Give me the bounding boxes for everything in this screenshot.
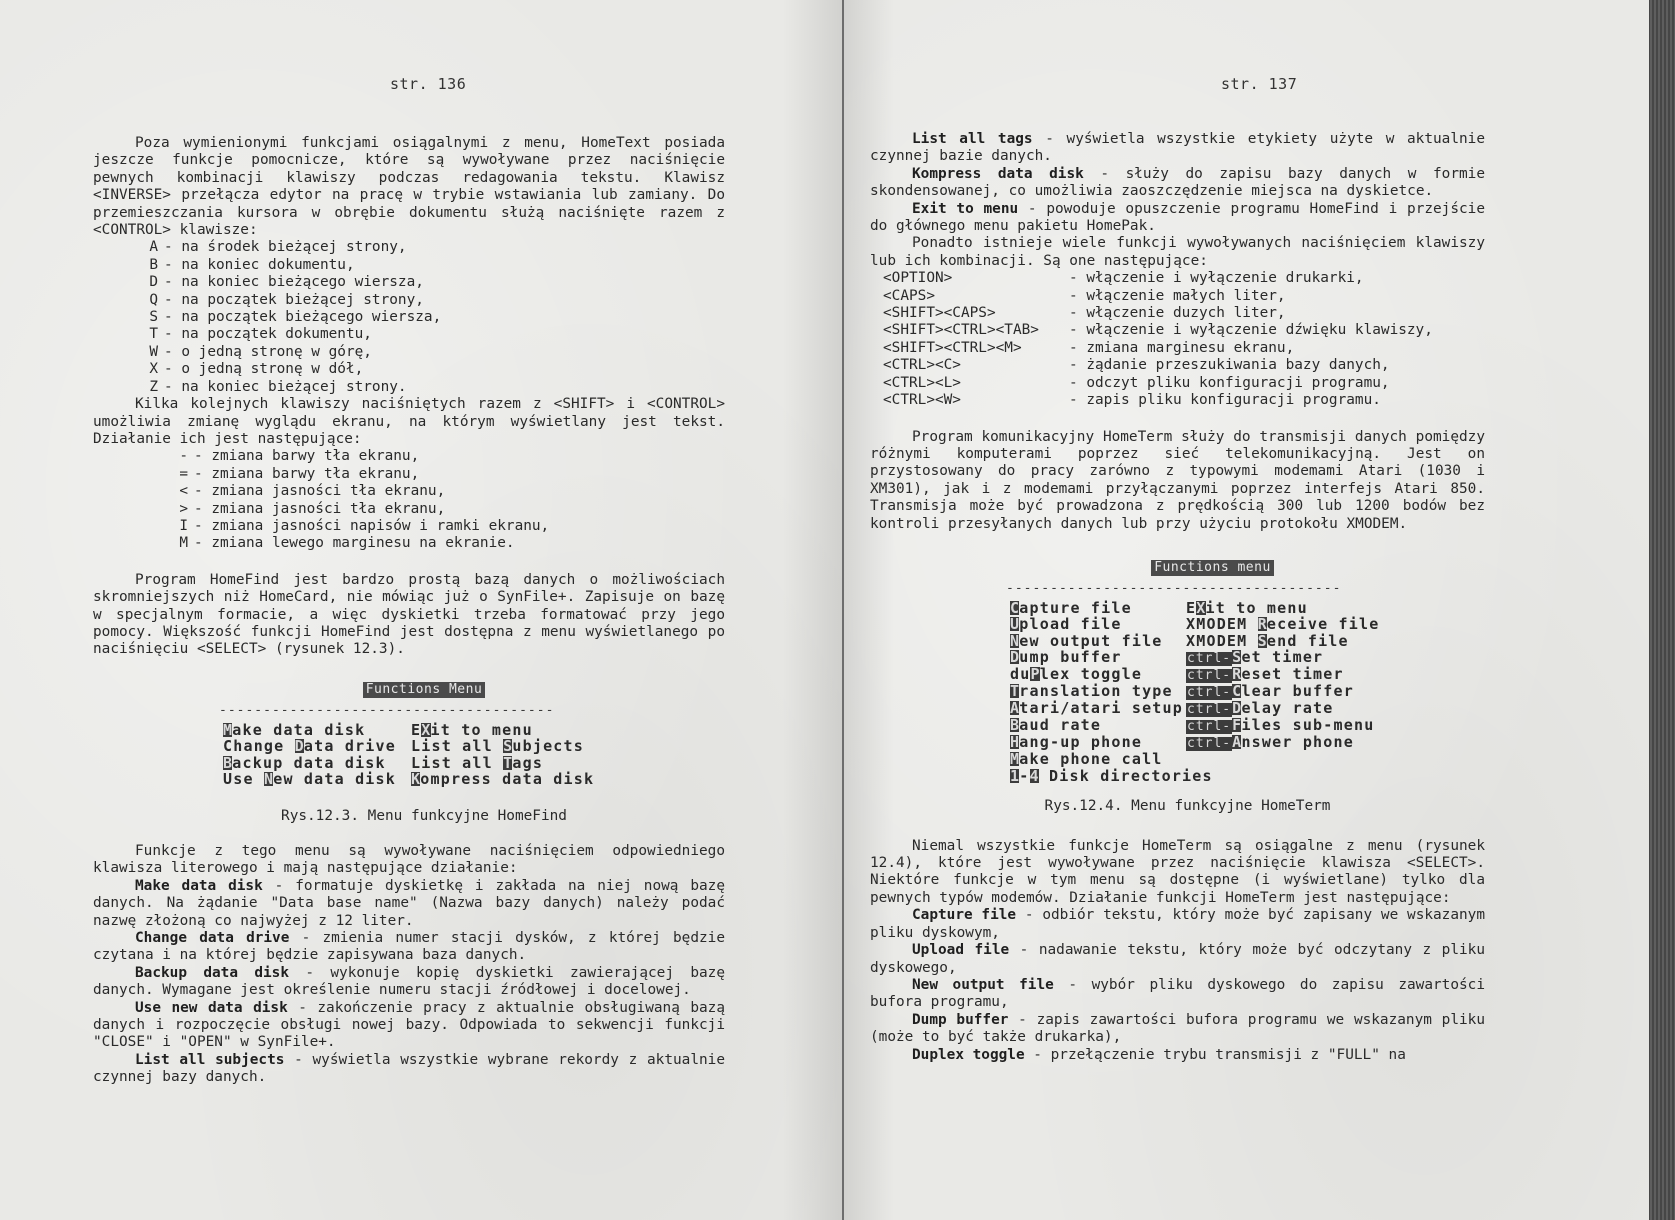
- hotkey-highlight: S: [1232, 650, 1241, 664]
- hotkey-highlight: B: [223, 756, 232, 770]
- menu-item: [1186, 768, 1426, 785]
- key-description: - włączenie małych liter,: [1069, 288, 1286, 305]
- key-description: - włączenie i wyłączenie drukarki,: [1069, 270, 1364, 287]
- menu-item[interactable]: Baud rate: [1010, 717, 1186, 734]
- menu-item[interactable]: Change Data drive: [223, 738, 411, 755]
- page-edge: [1649, 0, 1675, 1220]
- menu-item[interactable]: EXit to menu: [1186, 600, 1426, 617]
- key-description: - zapis pliku konfiguracji programu.: [1069, 392, 1381, 409]
- key-label: X: [136, 361, 164, 378]
- menu-item[interactable]: List all Subjects: [411, 738, 651, 755]
- function-name: List all subjects: [135, 1052, 284, 1068]
- function-description: Backup data disk - wykonuje kopię dyskie…: [93, 965, 725, 1000]
- key-description: - żądanie przeszukiwania bazy danych,: [1069, 357, 1390, 374]
- menu-item[interactable]: EXit to menu: [411, 722, 651, 739]
- hotkey-highlight: R: [1258, 617, 1267, 631]
- hotkey-highlight: X: [1196, 601, 1205, 615]
- key-list-item: <OPTION>- włączenie i wyłączenie drukark…: [870, 270, 1485, 287]
- menu-item[interactable]: ctrl-Delay rate: [1186, 700, 1426, 717]
- key-label: T: [136, 326, 164, 343]
- homefind-intro-paragraph: Program HomeFind jest bardzo prostą bazą…: [93, 572, 725, 659]
- key-description: - na koniec bieżącego wiersza,: [164, 274, 424, 291]
- menu-item[interactable]: XMODEM Send file: [1186, 633, 1426, 650]
- menu-item: [1186, 751, 1426, 768]
- function-description: Dump buffer - zapis zawartości bufora pr…: [870, 1012, 1485, 1047]
- hotkey-highlight: D: [1232, 701, 1241, 715]
- key-label: <SHIFT><CTRL><TAB>: [883, 322, 1069, 339]
- key-label: <CAPS>: [883, 288, 1069, 305]
- key-list-item: <SHIFT><CTRL><M>- zmiana marginesu ekran…: [870, 340, 1485, 357]
- hotkey-highlight: D: [295, 739, 304, 753]
- function-description: Duplex toggle - przełączenie trybu trans…: [870, 1047, 1485, 1064]
- function-name: Dump buffer: [912, 1012, 1008, 1028]
- hotkey-highlight: 4: [1030, 769, 1039, 783]
- hotkey-highlight: H: [1010, 735, 1019, 749]
- function-description: Use new data disk - zakończenie pracy z …: [93, 1000, 725, 1052]
- hotkey-highlight: U: [1010, 617, 1019, 631]
- hotkey-highlight: F: [1232, 718, 1241, 732]
- menu-item[interactable]: Backup data disk: [223, 755, 411, 772]
- function-name: Use new data disk: [135, 1000, 288, 1016]
- hotkey-highlight: N: [264, 772, 273, 786]
- key-list-item: B- na koniec dokumentu,: [93, 257, 725, 274]
- menu-grid: Capture fileEXit to menuUpload fileXMODE…: [1010, 600, 1485, 785]
- menu-item[interactable]: 1-4 Disk directories: [1010, 768, 1186, 785]
- page-number: str. 136: [390, 75, 466, 93]
- function-name: New output file: [912, 977, 1054, 993]
- hotkey-highlight: D: [1010, 650, 1019, 664]
- key-label: <CTRL><C>: [883, 357, 1069, 374]
- ctrl-key-badge: ctrl-: [1186, 720, 1232, 734]
- function-name: Change data drive: [135, 930, 289, 946]
- key-description: - zmiana marginesu ekranu,: [1069, 340, 1294, 357]
- function-description: Make data disk - formatuje dyskietkę i z…: [93, 878, 725, 930]
- function-description: Change data drive - zmienia numer stacji…: [93, 930, 725, 965]
- key-label: -: [166, 448, 194, 465]
- function-description: Upload file - nadawanie tekstu, który mo…: [870, 942, 1485, 977]
- hotkey-highlight: N: [1010, 634, 1019, 648]
- key-description: - na początek bieżącego wiersza,: [164, 309, 441, 326]
- function-description: Exit to menu - powoduje opuszczenie prog…: [870, 201, 1485, 236]
- menu-intro-paragraph: Niemal wszystkie funkcje HomeTerm są osi…: [870, 838, 1485, 908]
- key-list-item: <CTRL><W>- zapis pliku konfiguracji prog…: [870, 392, 1485, 409]
- book-spread: str. 136 Poza wymienionymi funkcjami osi…: [0, 0, 1675, 1220]
- key-label: I: [166, 518, 194, 535]
- ctrl-key-badge: ctrl-: [1186, 737, 1232, 751]
- hotkey-highlight: S: [1258, 634, 1267, 648]
- function-descriptions: Make data disk - formatuje dyskietkę i z…: [93, 878, 725, 1087]
- hotkey-highlight: K: [411, 772, 420, 786]
- menu-item[interactable]: Upload file: [1010, 616, 1186, 633]
- function-name: Capture file: [912, 907, 1016, 923]
- function-descriptions: List all tags - wyświetla wszystkie etyk…: [870, 131, 1485, 235]
- menu-item[interactable]: List all Tags: [411, 755, 651, 772]
- hometerm-menu-figure: Functions menu -------------------------…: [870, 559, 1485, 816]
- key-label: W: [136, 344, 164, 361]
- key-list-item: <- zmiana jasności tła ekranu,: [93, 483, 725, 500]
- key-label: S: [136, 309, 164, 326]
- key-list-item: I- zmiana jasności napisów i ramki ekran…: [93, 518, 725, 535]
- hometerm-intro-paragraph: Program komunikacyjny HomeTerm służy do …: [870, 429, 1485, 533]
- key-label: Z: [136, 379, 164, 396]
- key-list-item: Q- na początek bieżącej strony,: [93, 292, 725, 309]
- key-label: <CTRL><W>: [883, 392, 1069, 409]
- hotkey-highlight: A: [1232, 735, 1241, 749]
- key-list-item: S- na początek bieżącego wiersza,: [93, 309, 725, 326]
- menu-item[interactable]: Atari/atari setup: [1010, 700, 1186, 717]
- shift-key-list: -- zmiana barwy tła ekranu,=- zmiana bar…: [93, 448, 725, 552]
- key-list-item: M- zmiana lewego marginesu na ekranie.: [93, 535, 725, 552]
- hotkey-highlight: R: [1232, 667, 1241, 681]
- shift-intro-paragraph: Kilka kolejnych klawiszy naciśniętych ra…: [93, 396, 725, 448]
- function-name: Make data disk: [135, 878, 263, 894]
- menu-item[interactable]: ctrl-Reset timer: [1186, 666, 1426, 683]
- function-name: Backup data disk: [135, 965, 289, 981]
- key-list-item: >- zmiana jasności tła ekranu,: [93, 501, 725, 518]
- menu-item[interactable]: Make data disk: [223, 722, 411, 739]
- function-description: List all subjects - wyświetla wszystkie …: [93, 1052, 725, 1087]
- menu-item[interactable]: New output file: [1010, 633, 1186, 650]
- hotkey-highlight: P: [1030, 667, 1039, 681]
- key-label: =: [166, 466, 194, 483]
- hotkey-highlight: C: [1010, 601, 1019, 615]
- hotkey-highlight: M: [223, 723, 232, 737]
- menu-item[interactable]: XMODEM Receive file: [1186, 616, 1426, 633]
- key-list-item: <CTRL><L>- odczyt pliku konfiguracji pro…: [870, 375, 1485, 392]
- hotkey-highlight: T: [1010, 684, 1019, 698]
- key-list-item: <SHIFT><CAPS>- włączenie duzych liter,: [870, 305, 1485, 322]
- menu-item[interactable]: ctrl-Clear buffer: [1186, 683, 1426, 700]
- menu-item[interactable]: duPlex toggle: [1010, 666, 1186, 683]
- menu-divider: --------------------------------------: [1006, 580, 1452, 597]
- function-name: Upload file: [912, 942, 1009, 958]
- key-description: - na początek bieżącej strony,: [164, 292, 424, 309]
- key-label: D: [136, 274, 164, 291]
- menu-item[interactable]: Dump buffer: [1010, 649, 1186, 666]
- function-description: Capture file - odbiór tekstu, który może…: [870, 907, 1485, 942]
- menu-item[interactable]: ctrl-Answer phone: [1186, 734, 1426, 751]
- key-list-item: <SHIFT><CTRL><TAB>- włączenie i wyłączen…: [870, 322, 1485, 339]
- key-description: - zmiana barwy tła ekranu,: [194, 466, 419, 483]
- ctrl-key-badge: ctrl-: [1186, 669, 1232, 683]
- key-label: B: [136, 257, 164, 274]
- menu-item[interactable]: Use New data disk: [223, 771, 411, 788]
- key-description: - na środek bieżącej strony,: [164, 239, 407, 256]
- key-description: - odczyt pliku konfiguracji programu,: [1069, 375, 1390, 392]
- key-label: <SHIFT><CAPS>: [883, 305, 1069, 322]
- control-key-list: A- na środek bieżącej strony,B- na konie…: [93, 239, 725, 396]
- menu-item[interactable]: Capture file: [1010, 600, 1186, 617]
- ctrl-key-badge: ctrl-: [1186, 703, 1232, 717]
- right-page: str. 137 List all tags - wyświetla wszys…: [844, 0, 1675, 1220]
- key-list-item: <CTRL><C>- żądanie przeszukiwania bazy d…: [870, 357, 1485, 374]
- menu-divider: --------------------------------------: [219, 702, 655, 719]
- hotkey-highlight: 1: [1010, 769, 1019, 783]
- key-list-item: D- na koniec bieżącego wiersza,: [93, 274, 725, 291]
- key-list-item: T- na początek dokumentu,: [93, 326, 725, 343]
- key-description: - na koniec bieżącej strony.: [164, 379, 407, 396]
- key-list-item: W- o jedną stronę w górę,: [93, 344, 725, 361]
- function-name: Kompress data disk: [912, 166, 1084, 182]
- menu-item[interactable]: Make phone call: [1010, 751, 1186, 768]
- intro-paragraph: Poza wymienionymi funkcjami osiągalnymi …: [93, 135, 725, 239]
- function-description: List all tags - wyświetla wszystkie etyk…: [870, 131, 1485, 166]
- menu-item[interactable]: Translation type: [1010, 683, 1186, 700]
- functions-intro-paragraph: Funkcje z tego menu są wywoływane naciśn…: [93, 843, 725, 878]
- menu-item[interactable]: ctrl-Files sub-menu: [1186, 717, 1426, 734]
- key-description: - na koniec dokumentu,: [164, 257, 355, 274]
- hotkey-highlight: M: [1010, 752, 1019, 766]
- menu-item[interactable]: Kompress data disk: [411, 771, 651, 788]
- combos-intro-paragraph: Ponadto istnieje wiele funkcji wywoływan…: [870, 235, 1485, 270]
- page-number: str. 137: [1221, 75, 1297, 93]
- menu-grid: Make data diskEXit to menuChange Data dr…: [223, 722, 725, 788]
- hotkey-highlight: A: [1010, 701, 1019, 715]
- function-descriptions: Capture file - odbiór tekstu, który może…: [870, 907, 1485, 1064]
- function-name: Exit to menu: [912, 201, 1018, 217]
- key-label: <CTRL><L>: [883, 375, 1069, 392]
- function-name: Duplex toggle: [912, 1047, 1025, 1063]
- key-description: - na początek dokumentu,: [164, 326, 372, 343]
- key-list-item: -- zmiana barwy tła ekranu,: [93, 448, 725, 465]
- figure-caption: Rys.12.3. Menu funkcyjne HomeFind: [93, 808, 725, 825]
- key-list-item: <CAPS>- włączenie małych liter,: [870, 288, 1485, 305]
- key-label: Q: [136, 292, 164, 309]
- left-page: str. 136 Poza wymienionymi funkcjami osi…: [0, 0, 844, 1220]
- ctrl-key-badge: ctrl-: [1186, 652, 1232, 666]
- left-page-content: Poza wymienionymi funkcjami osiągalnymi …: [93, 135, 725, 1087]
- hotkey-highlight: B: [1010, 718, 1019, 732]
- menu-item[interactable]: Hang-up phone: [1010, 734, 1186, 751]
- key-list-item: X- o jedną stronę w dół,: [93, 361, 725, 378]
- key-label: <SHIFT><CTRL><M>: [883, 340, 1069, 357]
- ctrl-key-badge: ctrl-: [1186, 686, 1232, 700]
- hotkey-highlight: T: [503, 756, 512, 770]
- key-description: - zmiana lewego marginesu na ekranie.: [194, 535, 515, 552]
- figure-caption: Rys.12.4. Menu funkcyjne HomeTerm: [870, 798, 1485, 815]
- key-list-item: A- na środek bieżącej strony,: [93, 239, 725, 256]
- hotkey-highlight: C: [1232, 684, 1241, 698]
- hotkey-highlight: X: [421, 723, 430, 737]
- key-description: - włączenie i wyłączenie dźwięku klawisz…: [1069, 322, 1433, 339]
- key-description: - o jedną stronę w górę,: [164, 344, 372, 361]
- homefind-menu-figure: Functions Menu -------------------------…: [93, 681, 725, 825]
- key-description: - włączenie duzych liter,: [1069, 305, 1286, 322]
- key-label: A: [136, 239, 164, 256]
- key-description: - zmiana jasności tła ekranu,: [194, 483, 445, 500]
- key-label: >: [166, 501, 194, 518]
- key-description: - o jedną stronę w dół,: [164, 361, 363, 378]
- key-list-item: Z- na koniec bieżącej strony.: [93, 379, 725, 396]
- key-label: <: [166, 483, 194, 500]
- function-description: Kompress data disk - służy do zapisu baz…: [870, 166, 1485, 201]
- function-description: New output file - wybór pliku dyskowego …: [870, 977, 1485, 1012]
- key-description: - zmiana barwy tła ekranu,: [194, 448, 419, 465]
- menu-title: Functions Menu: [363, 682, 486, 698]
- key-label: M: [166, 535, 194, 552]
- hotkey-highlight: S: [503, 739, 512, 753]
- right-page-content: List all tags - wyświetla wszystkie etyk…: [870, 131, 1485, 1064]
- key-list-item: =- zmiana barwy tła ekranu,: [93, 466, 725, 483]
- key-description: - zmiana jasności tła ekranu,: [194, 501, 445, 518]
- menu-title: Functions menu: [1151, 560, 1274, 576]
- key-description: - zmiana jasności napisów i ramki ekranu…: [194, 518, 549, 535]
- key-label: <OPTION>: [883, 270, 1069, 287]
- menu-item[interactable]: ctrl-Set timer: [1186, 649, 1426, 666]
- function-name: List all tags: [912, 131, 1033, 147]
- key-combination-list: <OPTION>- włączenie i wyłączenie drukark…: [870, 270, 1485, 409]
